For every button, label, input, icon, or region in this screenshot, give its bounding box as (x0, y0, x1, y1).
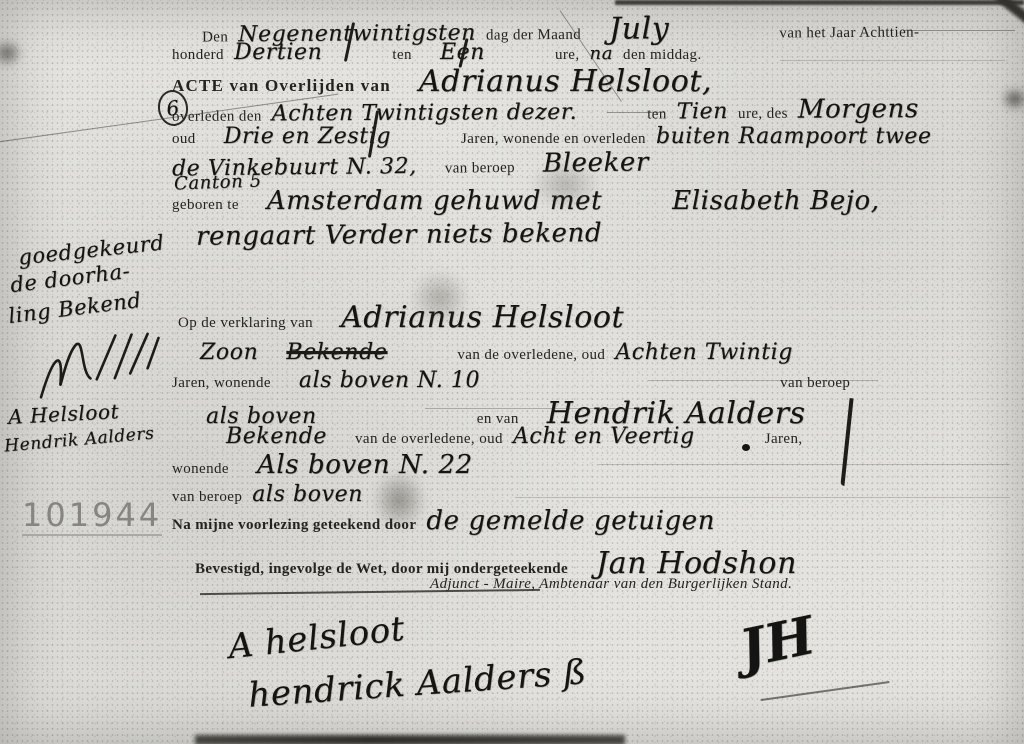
act-title-line: ACTE van Overlijden van Adrianus Helsloo… (172, 64, 712, 99)
archive-number: 101944 (22, 496, 162, 534)
witness2-signature: hendrick Aalders ß (247, 652, 588, 716)
declarant-age: Achten Twintig (615, 340, 793, 365)
printed-label: van de overledene, oud (457, 347, 605, 364)
signature-text: A Helsloot (7, 399, 119, 429)
printed-label: honderd (172, 47, 224, 64)
paraph-text: JH (734, 605, 820, 680)
smudge (1002, 88, 1024, 110)
declaration-line-witness2-residence: wonende Als boven N. 22 (172, 450, 473, 480)
smudge (410, 270, 470, 325)
declaration-line-relation: Zoon Bekende van de overledene, oud Acht… (200, 340, 793, 365)
printed-label: ure, des (738, 106, 788, 123)
declarant-residence: als boven N. 10 (299, 368, 480, 393)
act-line-year-time: honderd Dertien ten Een ure, na den midd… (172, 40, 702, 65)
declaration-line-declarant: Op de verklaring van Adrianus Helsloot (178, 300, 624, 335)
printed-label: ten (647, 106, 667, 123)
printed-label: ten (392, 47, 412, 64)
printed-label: geboren te (172, 197, 239, 214)
margin-signature-flourish (23, 316, 183, 411)
printed-label: Jaren, wonende (172, 375, 271, 392)
witness2-residence: Als boven N. 22 (257, 450, 473, 480)
year-word: Dertien (234, 40, 322, 65)
printed-label: oud (172, 131, 196, 148)
declaration-line-witness2-details: Bekende van de overledene, oud Acht en V… (226, 424, 803, 449)
ruled-line (425, 408, 640, 409)
declaration-line-reading: Na mijne voorlezing geteekend door de ge… (172, 506, 715, 536)
act-title: ACTE van Overlijden van (172, 76, 391, 96)
printed-label: Jaren, wonende en overleden (461, 131, 646, 148)
printed-label: den middag. (623, 47, 702, 64)
ruled-line (515, 497, 1010, 498)
spouse-name: Elisabeth Bejo, (672, 186, 879, 216)
archive-number-text: 101944 (22, 496, 162, 536)
printed-label: van beroep (780, 375, 850, 392)
margin-signature-1: A Helsloot (7, 399, 119, 429)
signature-text: hendrick Aalders ß (247, 652, 588, 716)
flourish-strokes (23, 316, 183, 411)
signed-by-entry: de gemelde getuigen (426, 506, 715, 536)
printed-label: van de overledene, oud (355, 431, 503, 448)
ruled-line (903, 30, 1015, 31)
death-date: Achten Twintigsten dezer. (272, 100, 578, 127)
smudge (530, 160, 600, 210)
residence-entry: buiten Raampoort twee (656, 124, 932, 149)
death-hour: Tien (677, 99, 728, 124)
scan-edge-top (615, 0, 1024, 5)
act-line-birthplace-spouse: geboren te Amsterdam gehuwd met Elisabet… (172, 186, 880, 216)
relation-entry: Zoon (200, 340, 258, 365)
signature-text: A helsloot (226, 609, 406, 667)
ink-blot (742, 444, 750, 451)
ruled-line (607, 112, 665, 113)
deceased-name: Adrianus Helsloot, (419, 64, 712, 99)
deceased-age: Drie en Zestig (224, 124, 391, 149)
smudge (0, 40, 22, 66)
struck-word: Bekende (286, 340, 387, 365)
margin-signature-2: Hendrik Aalders (3, 423, 155, 456)
printed-label: wonende (172, 461, 229, 478)
ruled-line (598, 464, 1010, 465)
printed-label: van het Jaar Achttien- (779, 24, 919, 42)
printed-label: ure, (555, 47, 580, 64)
ruled-line (780, 60, 1005, 61)
death-certificate-scan: Den Negenentwintigsten dag der Maand Jul… (0, 0, 1024, 744)
declaration-line-witness2-occupation: van beroep als boven (172, 482, 363, 507)
act-line-spouse-continued: rengaart Verder niets bekend (196, 218, 602, 252)
pen-stroke-j-flourish (840, 398, 853, 486)
printed-label: van beroep (172, 489, 242, 506)
signature-text: Hendrik Aalders (3, 423, 155, 456)
witness1-signature: A helsloot (226, 609, 406, 667)
printed-label: van beroep (445, 160, 515, 178)
act-line-age-residence: oud Drie en Zestig Jaren, wonende en ove… (172, 124, 932, 149)
death-time-of-day: Morgens (798, 94, 919, 125)
smudge (372, 470, 427, 530)
printed-label: Op de verklaring van (178, 315, 313, 332)
witness2-age: Acht en Veertig (513, 424, 695, 449)
printed-label: Jaren, (765, 431, 803, 448)
official-paraph: JH (734, 605, 820, 680)
paraph-underline (760, 681, 889, 701)
witness2-relation: Bekende (226, 424, 327, 449)
scan-edge-bottom (195, 735, 625, 744)
act-line-death-date: overleden den Achten Twintigsten dezer. … (172, 94, 919, 128)
spouse-name-continued: rengaart Verder niets bekend (196, 218, 602, 252)
ruled-line (648, 380, 878, 381)
declarant-name: Adrianus Helsloot (341, 300, 624, 335)
witness2-occupation: als boven (252, 482, 363, 507)
